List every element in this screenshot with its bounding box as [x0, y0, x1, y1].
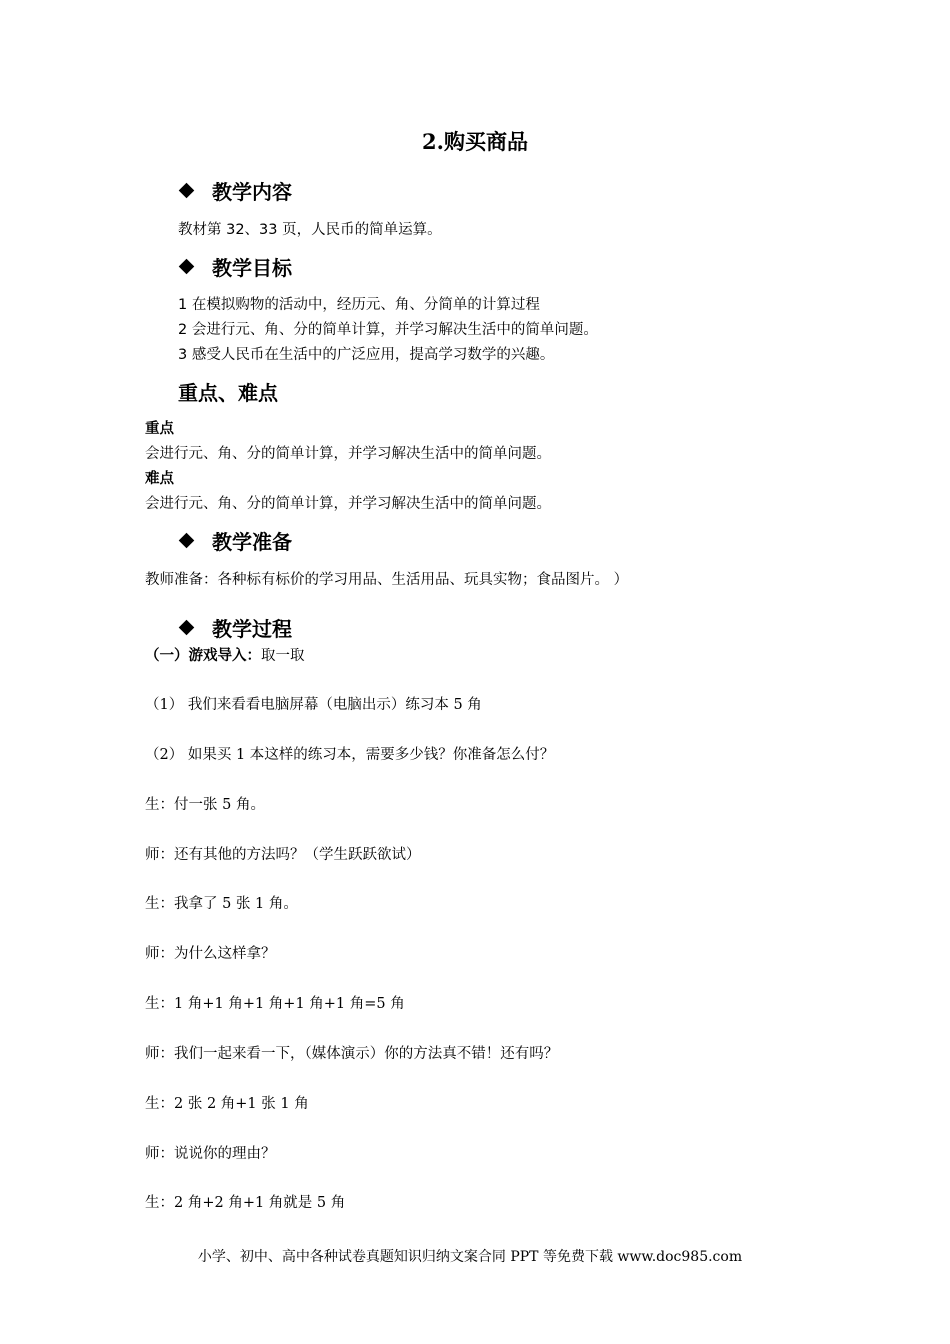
process-line: 师：还有其他的方法吗？（学生跃跃欲试） [145, 843, 421, 864]
page-footer: 小学、初中、高中各种试卷真题知识归纳文案合同 PPT 等免费下载 www.doc… [0, 1246, 950, 1266]
process-line: 生：2 张 2 角+1 张 1 角 [145, 1092, 309, 1113]
diamond-bullet-icon [179, 259, 195, 275]
difficult-point-label: 难点 [145, 467, 174, 488]
section-heading-process: 教学过程 [178, 613, 292, 642]
section-heading-text: 教学过程 [212, 613, 292, 642]
diamond-bullet-icon [179, 533, 195, 549]
process-subheading-label: （一）游戏导入： [145, 648, 261, 664]
objective-item-3: 3 感受人民币在生活中的广泛应用，提高学习数学的兴趣。 [178, 343, 554, 364]
document-title: 2.购买商品 [0, 126, 950, 156]
objective-item-1: 1 在模拟购物的活动中，经历元、角、分简单的计算过程 [178, 293, 540, 314]
document-title-text: 2.购买商品 [422, 129, 528, 154]
section-heading-content: 教学内容 [178, 176, 292, 205]
process-line: （1） 我们来看看电脑屏幕（电脑出示）练习本 5 角 [145, 693, 482, 714]
diamond-bullet-icon [179, 620, 195, 636]
process-line: 师：说说你的理由？ [145, 1142, 276, 1163]
section-heading-objectives: 教学目标 [178, 252, 292, 281]
process-subheading-title: 取一取 [261, 648, 305, 664]
section-heading-key-points: 重点、难点 [178, 377, 278, 406]
objective-item-2: 2 会进行元、角、分的简单计算，并学习解决生活中的简单问题。 [178, 318, 598, 339]
content-text: 教材第 32、33 页，人民币的简单运算。 [178, 218, 442, 239]
process-line: （2） 如果买 1 本这样的练习本，需要多少钱？你准备怎么付？ [145, 743, 554, 764]
process-line: 师：为什么这样拿？ [145, 942, 276, 963]
process-line: 生：付一张 5 角。 [145, 793, 265, 814]
section-heading-text: 教学准备 [212, 526, 292, 555]
section-heading-preparation: 教学准备 [178, 526, 292, 555]
key-point-label: 重点 [145, 417, 174, 438]
footer-text: 小学、初中、高中各种试卷真题知识归纳文案合同 PPT 等免费下载 www.doc… [198, 1249, 742, 1265]
process-line: 生：1 角+1 角+1 角+1 角+1 角=5 角 [145, 992, 405, 1013]
process-line: 师：我们一起来看一下，（媒体演示）你的方法真不错！还有吗？ [145, 1042, 558, 1063]
difficult-point-text: 会进行元、角、分的简单计算，并学习解决生活中的简单问题。 [145, 492, 551, 513]
diamond-bullet-icon [179, 183, 195, 199]
process-subheading: （一）游戏导入：取一取 [145, 644, 305, 665]
process-line: 生：我拿了 5 张 1 角。 [145, 892, 298, 913]
process-line: 生：2 角+2 角+1 角就是 5 角 [145, 1191, 345, 1212]
section-heading-text: 教学内容 [212, 176, 292, 205]
section-heading-text: 教学目标 [212, 252, 292, 281]
preparation-text: 教师准备：各种标有标价的学习用品、生活用品、玩具实物；食品图片。 ） [145, 568, 628, 589]
key-point-text: 会进行元、角、分的简单计算，并学习解决生活中的简单问题。 [145, 442, 551, 463]
